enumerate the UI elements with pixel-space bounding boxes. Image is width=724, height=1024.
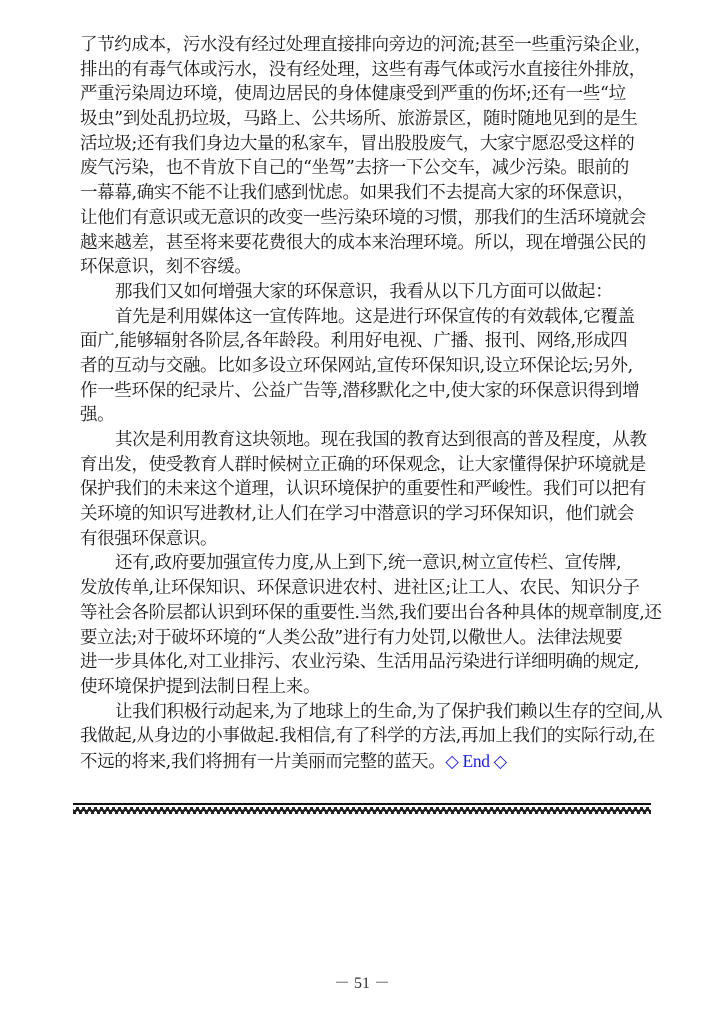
text-line: 排出的有毒气体或污水，没有经处理，这些有毒气体或污水直接往外排放，	[80, 58, 668, 83]
divider-zigzag	[73, 807, 651, 814]
text-line: 活垃圾;还有我们身边大量的私家车，冒出股股废气，大家宁愿忍受这样的	[80, 132, 668, 157]
text-line: 越来越差，甚至将来要花费很大的成本来治理环境。所以，现在增强公民的	[80, 231, 668, 256]
text-line: 要立法;对于破坏环境的“人类公敌”进行有力处罚,以儆世人。法律法规要	[80, 626, 668, 651]
paragraph-start-line: 让我们积极行动起来,为了地球上的生命,为了保护我们赖以生存的空间,从	[80, 700, 668, 725]
paragraph-start-line: 其次是利用教育这块领地。现在我国的教育达到很高的普及程度，从教	[80, 428, 668, 453]
end-mark: ◇ End ◇	[445, 751, 506, 771]
text-line: 让他们有意识或无意识的改变一些污染环境的习惯，那我们的生活环境就会	[80, 206, 668, 231]
text-line: 关环境的知识写进教材,让人们在学习中潜意识的学习环保知识，他们就会	[80, 502, 668, 527]
text-line: 环保意识，刻不容缓。	[80, 255, 668, 280]
text-line: 保护我们的未来这个道理，认识环境保护的重要性和严峻性。我们可以把有	[80, 477, 668, 502]
text-line: 严重污染周边环境，使周边居民的身体健康受到严重的伤坏;还有一些“垃	[80, 82, 668, 107]
text-line-last: 不远的将来,我们将拥有一片美丽而完整的蓝天。◇ End ◇	[80, 749, 668, 774]
divider-rule	[73, 803, 651, 805]
text-line: 育出发，使受教育人群时候树立正确的环保观念，让大家懂得保护环境就是	[80, 453, 668, 478]
text-line: 一幕幕,确实不能不让我们感到忧虑。如果我们不去提高大家的环保意识，	[80, 181, 668, 206]
document-body: 了节约成本，污水没有经过处理直接排向旁边的河流;甚至一些重污染企业， 排出的有毒…	[80, 33, 668, 774]
text-line: 发放传单,让环保知识、环保意识进农村、进社区;让工人、农民、知识分子	[80, 576, 668, 601]
text-line: 面广,能够辐射各阶层,各年龄段。利用好电视、广播、报刊、网络,形成四	[80, 329, 668, 354]
text-line: 我做起,从身边的小事做起.我相信,有了科学的方法,再加上我们的实际行动,在	[80, 724, 668, 749]
text-line: 了节约成本，污水没有经过处理直接排向旁边的河流;甚至一些重污染企业，	[80, 33, 668, 58]
text-line: 有很强环保意识。	[80, 527, 668, 552]
text-line: 者的互动与交融。比如多设立环保网站,宣传环保知识,设立环保论坛;另外,	[80, 354, 668, 379]
text-line: 废气污染，也不肯放下自己的“坐驾”去挤一下公交车，减少污染。眼前的	[80, 156, 668, 181]
paragraph-start-line: 首先是利用媒体这一宣传阵地。这是进行环保宣传的有效载体,它覆盖	[80, 305, 668, 330]
text-line: 使环境保护提到法制日程上来。	[80, 675, 668, 700]
page-number: － 51 －	[0, 970, 724, 993]
text-line: 作一些环保的纪录片、公益广告等,潜移默化之中,使大家的环保意识得到增	[80, 379, 668, 404]
text-line: 等社会各阶层都认识到环保的重要性.当然,我们要出台各种具体的规章制度,还	[80, 601, 668, 626]
paragraph-start-line: 那我们又如何增强大家的环保意识，我看从以下几方面可以做起：	[80, 280, 668, 305]
paragraph-start-line: 还有,政府要加强宣传力度,从上到下,统一意识,树立宣传栏、宣传牌,	[80, 551, 668, 576]
text-line-content: 不远的将来,我们将拥有一片美丽而完整的蓝天。	[80, 752, 445, 772]
text-line: 强。	[80, 403, 668, 428]
decorative-divider	[73, 803, 651, 814]
text-line: 圾虫”到处乱扔垃圾，马路上、公共场所、旅游景区，随时随地见到的是生	[80, 107, 668, 132]
text-line: 进一步具体化,对工业排污、农业污染、生活用品污染进行详细明确的规定,	[80, 650, 668, 675]
